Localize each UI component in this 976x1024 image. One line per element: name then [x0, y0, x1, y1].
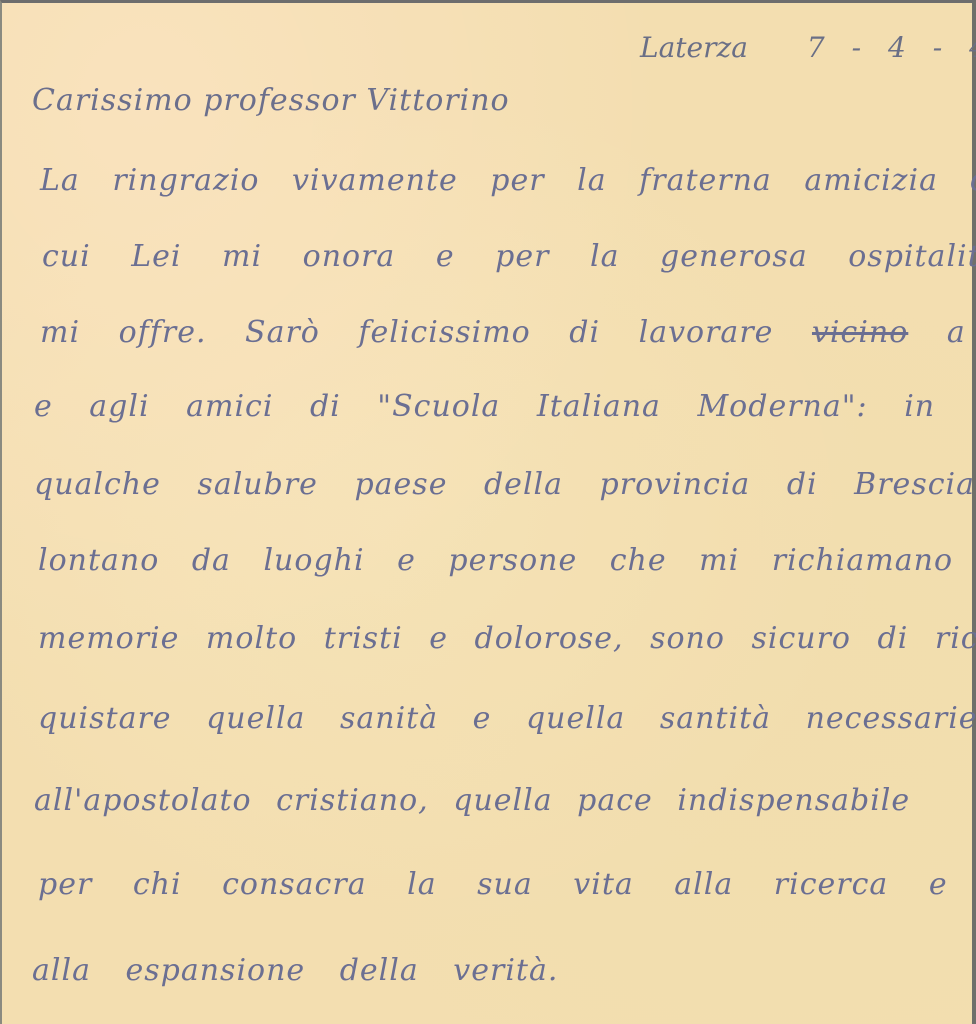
letter-salutation: Carissimo professor Vittorino [32, 83, 510, 118]
letter-body-line: alla espansione della verità. [32, 953, 558, 988]
letter-dateline: Laterza 7 - 4 - 48 [640, 31, 976, 64]
struck-word: vicino [812, 315, 908, 350]
letter-body-line: mi offre. Sarò felicissimo di lavorare v… [40, 315, 976, 350]
letter-body-line: cui Lei mi onora e per la generosa ospit… [42, 239, 976, 274]
letter-body-line: lontano da luoghi e persone che mi richi… [38, 543, 953, 578]
letter-body-line: e agli amici di "Scuola Italiana Moderna… [34, 389, 935, 424]
letter-body-line: La ringrazio vivamente per la fraterna a… [40, 163, 976, 198]
letter-body-line-text: mi offre. Sarò felicissimo di lavorare [40, 315, 773, 350]
letter-body-line: quistare quella sanità e quella santità … [38, 701, 976, 736]
date-separator: - [933, 31, 942, 64]
letter-body-line: memorie molto tristi e dolorose, sono si… [38, 621, 976, 656]
date-month: 4 [888, 31, 906, 64]
letter-page: Laterza 7 - 4 - 48 Carissimo professor V… [0, 0, 976, 1024]
letter-body-line-tail: a Lei. [947, 315, 976, 350]
date-day: 7 [807, 31, 825, 64]
date-year: 48 [969, 31, 976, 64]
letter-body-line: qualche salubre paese della provincia di… [34, 467, 976, 502]
letter-body-line: per chi consacra la sua vita alla ricerc… [38, 867, 948, 902]
date-separator: - [852, 31, 861, 64]
letter-body-line: all'apostolato cristiano, quella pace in… [34, 783, 910, 818]
letter-place: Laterza [640, 31, 748, 64]
